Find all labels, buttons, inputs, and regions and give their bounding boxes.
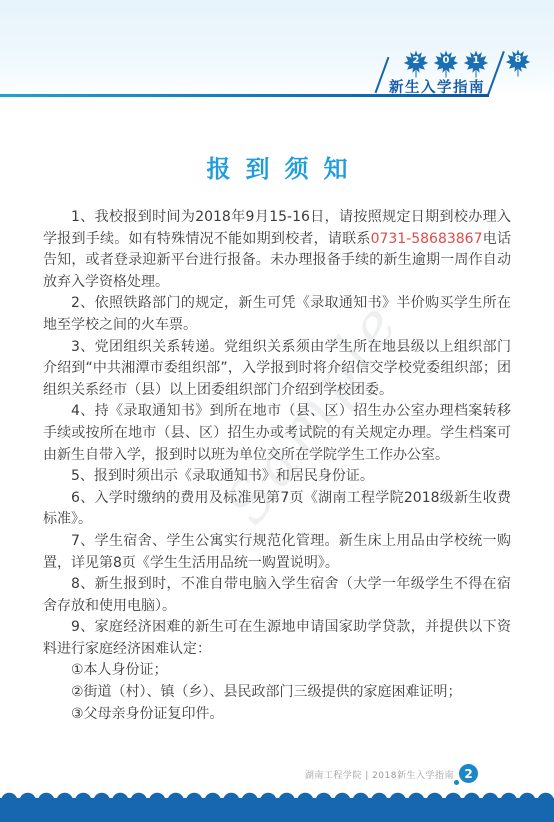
leaf-year-digit: 2: [402, 55, 430, 67]
page-title: 报到须知: [0, 149, 554, 184]
bottom-wave-band: [0, 798, 554, 822]
page-badge-dot: [454, 780, 459, 785]
leaf-year-digit: 0: [432, 55, 460, 67]
notice-paragraph: 3、党团组织关系转递。党组织关系须由学生所在地县级以上组织部门介绍到“中共湘潭市…: [43, 337, 511, 402]
notice-subitem: ①本人身份证；: [43, 660, 511, 682]
footer-label: 湖南工程学院 | 2018新生入学指南: [305, 768, 454, 781]
notice-paragraph: 1、我校报到时间为2018年9月15-16日，请按照规定日期到校办理入学报到手续…: [43, 207, 511, 293]
notice-paragraph: 7、学生宿舍、学生公寓实行规范化管理。新生床上用品由学校统一购置，详见第8页《学…: [43, 531, 511, 574]
header-divider-line: [0, 94, 489, 97]
notice-paragraph: 5、报到时须出示《录取通知书》和居民身份证。: [43, 466, 511, 488]
document-page: 2 0 1 8 新生入学指南 报到须知 Sample 1、我校报到时间为2018…: [0, 0, 554, 822]
maple-leaf-icon: 1: [462, 50, 490, 78]
maple-leaf-icon: 0: [432, 50, 460, 78]
notice-subitem: ②街道（村）、镇（乡）、县民政部门三级提供的家庭困难证明；: [43, 682, 511, 704]
page-number-badge: 2: [459, 764, 478, 783]
notice-paragraph: 4、持《录取通知书》到所在地市（县、区）招生办公室办理档案转移手续或按所在地市（…: [43, 401, 511, 466]
maple-leaf-icon: 2: [402, 50, 430, 78]
phone-number: 0731-58683867: [371, 231, 483, 247]
notice-body: 1、我校报到时间为2018年9月15-16日，请按照规定日期到校办理入学报到手续…: [43, 207, 511, 725]
maple-leaf-icon: 8: [504, 49, 532, 77]
leaf-year-digit: 1: [462, 55, 490, 67]
leaf-year-digit: 8: [504, 54, 532, 66]
notice-paragraph: 9、家庭经济困难的新生可在生源地申请国家助学贷款，并提供以下资料进行家庭经济困难…: [43, 617, 511, 660]
notice-paragraph: 6、入学时缴纳的费用及标准见第7页《湖南工程学院2018级新生收费标准》。: [43, 488, 511, 531]
notice-subitem: ③父母亲身份证复印件。: [43, 704, 511, 726]
notice-paragraph: 2、依照铁路部门的规定，新生可凭《录取通知书》半价购买学生所在地至学校之间的火车…: [43, 293, 511, 336]
notice-paragraph: 8、新生报到时，不准自带电脑入学生宿舍（大学一年级学生不得在宿舍存放和使用电脑）…: [43, 574, 511, 617]
